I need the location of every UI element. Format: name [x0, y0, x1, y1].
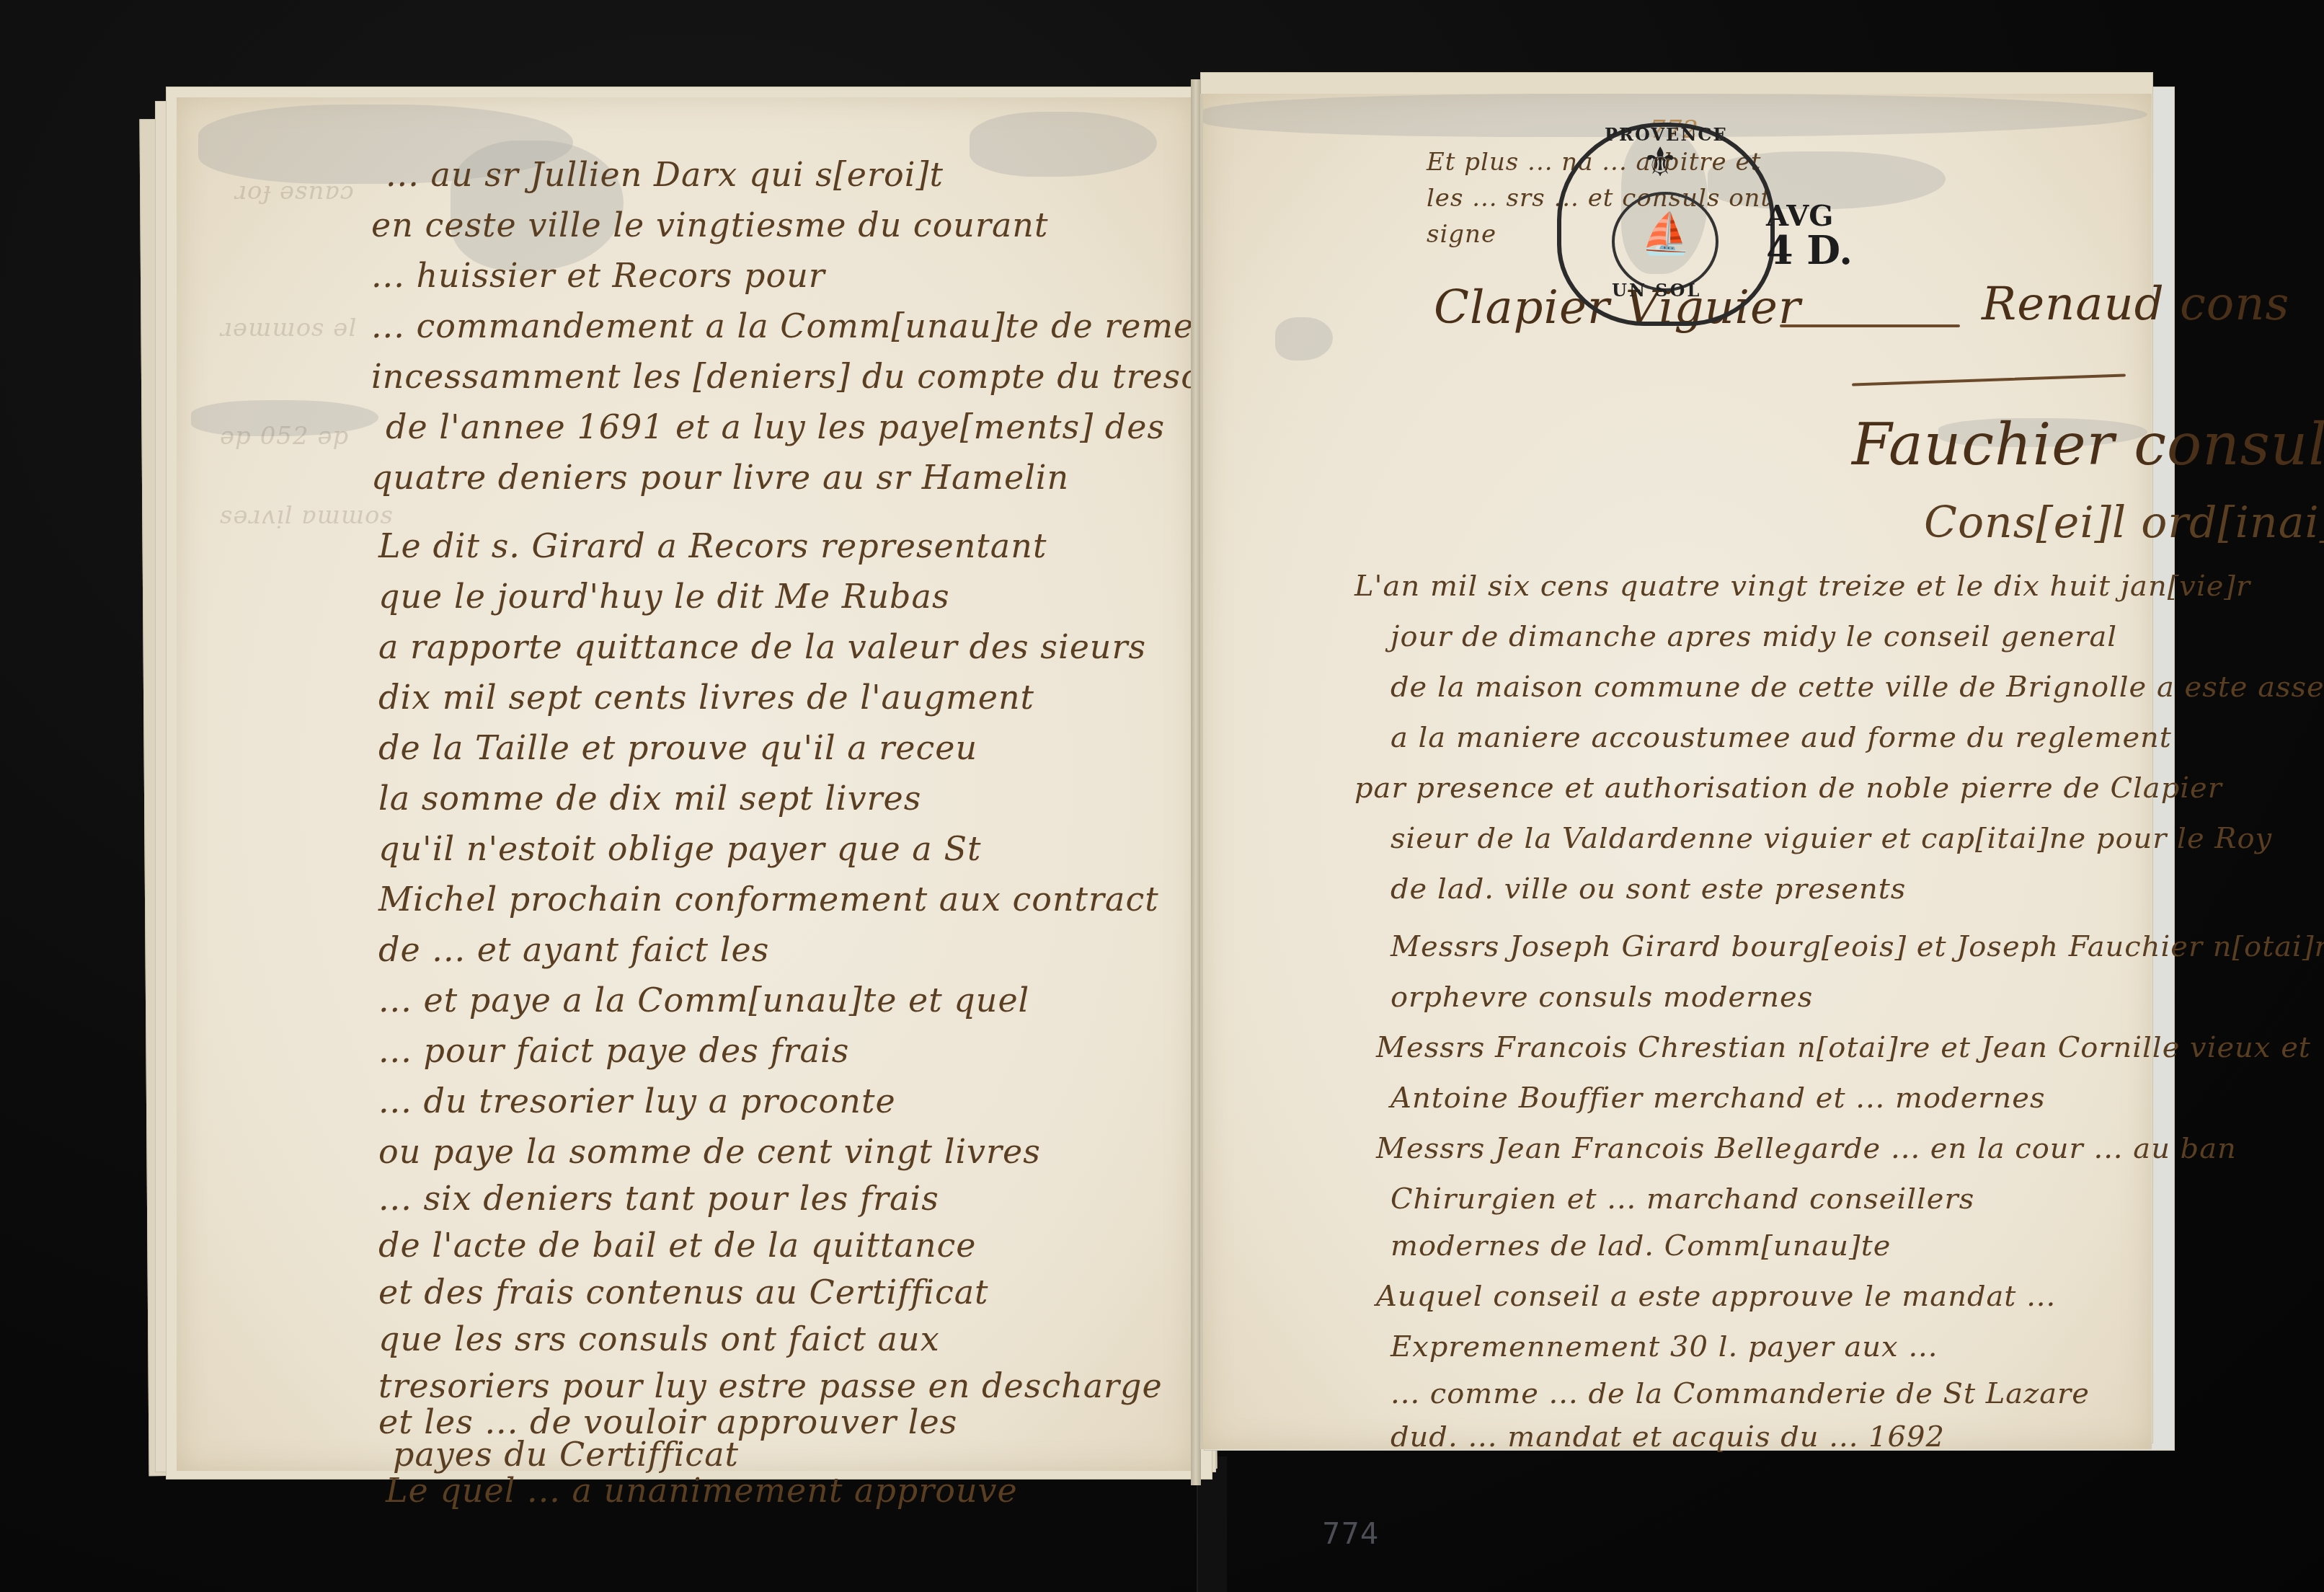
text-line: a rapporte quittance de la valeur des si…	[378, 627, 1146, 666]
bleed-through-text: ɹoɟ ǝsnɐɔ	[234, 177, 355, 205]
text-line: en ceste ville le vingtiesme du courant	[371, 205, 1048, 244]
text-line: ou paye la somme de cent vingt livres	[378, 1132, 1041, 1171]
text-line: L'an mil six cens quatre vingt treize et…	[1354, 570, 2250, 603]
text-line: payes du Certifficat	[393, 1435, 739, 1474]
text-line: la somme de dix mil sept livres	[378, 779, 921, 818]
text-line: quatre deniers pour livre au sr Hamelin	[371, 458, 1069, 497]
fleur-de-lis-icon: ⚜	[1642, 143, 1678, 183]
folio-number-bottom: 774	[1322, 1518, 1379, 1551]
text-line: tresoriers pour luy estre passe en desch…	[378, 1366, 1163, 1405]
text-line: de ... et ayant faict les	[378, 930, 769, 969]
text-line: ... du tresorier luy a proconte	[378, 1082, 896, 1120]
header-line: signe	[1427, 220, 1496, 249]
left-folio: ɹoɟ ǝsnɐɔ ɹǝɯɯos ǝl ǝp 052 ǝp sǝɹʌᴉl ɐɯɯ…	[177, 97, 1199, 1471]
text-line: que les srs consuls ont faict aux	[378, 1319, 940, 1358]
text-line: Messrs Francois Chrestian n[otai]re et J…	[1376, 1031, 2311, 1064]
text-line: ... commandement a la Comm[unau]te de re…	[371, 306, 1259, 345]
water-stain	[970, 112, 1157, 177]
text-line: par presence et authorisation de noble p…	[1354, 771, 2222, 805]
signature-consul-renaud: Renaud cons	[1982, 278, 2289, 331]
text-line: ... pour faict paye des frais	[378, 1031, 849, 1070]
text-line: de l'annee 1691 et a luy les paye[ments]…	[386, 407, 1165, 446]
text-line: que le jourd'huy le dit Me Rubas	[378, 577, 950, 616]
text-line: Le dit s. Girard a Recors representant	[378, 526, 1047, 565]
text-line: a la maniere accoustumee aud forme du re…	[1391, 721, 2172, 754]
text-line: Expremennement 30 l. payer aux ...	[1391, 1330, 1938, 1363]
stamp-value-line1: AVG	[1766, 202, 1853, 231]
text-line: Messrs Jean Francois Bellegarde ... en l…	[1376, 1132, 2237, 1165]
text-line: modernes de lad. Comm[unau]te	[1391, 1229, 1891, 1262]
bleed-through-text: ǝp 052 ǝp	[220, 422, 349, 451]
bleed-through-text: sǝɹʌᴉl ɐɯɯos	[220, 501, 394, 530]
text-line: Le quel ... a unanimement approuve	[386, 1471, 1018, 1510]
text-line: et des frais contenus au Certifficat	[378, 1273, 989, 1312]
water-stain	[1275, 317, 1333, 361]
text-line: dud. ... mandat et acquis du ... 1692	[1391, 1420, 1945, 1454]
bleed-through-text: ɹǝɯɯos ǝl	[220, 314, 357, 342]
text-line: Michel prochain conformement aux contrac…	[378, 880, 1159, 919]
text-line: Messrs Joseph Girard bourg[eois] et Jose…	[1391, 930, 2324, 963]
page-gutter	[1191, 79, 1201, 1485]
ship-icon: ⛵	[1641, 210, 1691, 257]
text-line: ... huissier et Recors pour	[371, 256, 825, 295]
signature-consul-fauchier: Fauchier consul	[1852, 411, 2324, 478]
text-line: Chirurgien et ... marchand conseillers	[1391, 1182, 1974, 1216]
text-line: ... et paye a la Comm[unau]te et quel	[378, 981, 1029, 1020]
text-line: ... comme ... de la Commanderie de St La…	[1391, 1377, 2090, 1410]
text-line: qu'il n'estoit oblige payer que a St	[378, 829, 981, 868]
text-line: dix mil sept cents livres de l'augment	[378, 678, 1034, 717]
text-line: Auquel conseil a este approuve le mandat…	[1376, 1280, 2056, 1313]
text-line: de l'acte de bail et de la quittance	[378, 1226, 977, 1265]
text-line: orphevre consuls modernes	[1391, 981, 1813, 1014]
text-line: de lad. ville ou sont este presents	[1391, 872, 1906, 906]
signature-rule	[1780, 324, 1960, 327]
text-line: jour de dimanche apres midy le conseil g…	[1391, 620, 2117, 653]
signature-rule	[1852, 373, 2126, 386]
fiscal-stamp: PROVENCE ⚜ ⛵ UN SOL	[1557, 123, 1775, 326]
section-heading: Cons[ei]l ord[inai]re	[1924, 497, 2324, 548]
text-line: sieur de la Valdardenne viguier et cap[i…	[1391, 822, 2272, 855]
text-line: ... six deniers tant pour les frais	[378, 1179, 939, 1218]
text-line: Antoine Bouffier merchand et ... moderne…	[1391, 1082, 2045, 1115]
stamp-bottom-label: UN SOL	[1612, 280, 1701, 301]
stamp-value-line2: 4 D.	[1766, 231, 1853, 270]
text-line: incessamment les [deniers] du compte du …	[371, 357, 1267, 396]
text-line: ... au sr Jullien Darx qui s[eroi]t	[386, 155, 944, 194]
text-line: de la maison commune de cette ville de B…	[1391, 671, 2324, 704]
text-line: de la Taille et prouve qu'il a receu	[378, 728, 977, 767]
stamp-value: AVG 4 D.	[1766, 202, 1853, 270]
